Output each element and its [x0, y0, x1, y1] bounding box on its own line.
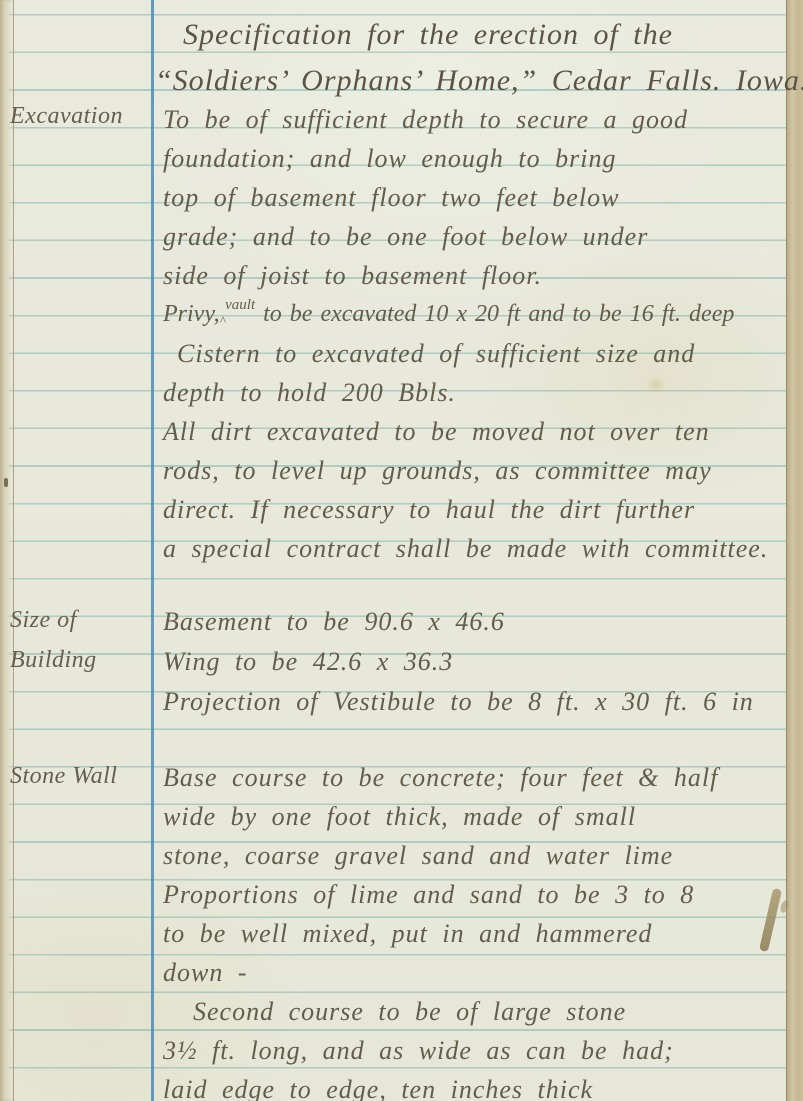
handwritten-line-privy: Privy,^vault to be excavated 10 x 20 ft … [163, 295, 803, 334]
section-size-of-building: Basement to be 90.6 x 46.6 Wing to be 42… [163, 602, 803, 722]
document-title: Specification for the erection of the “S… [155, 12, 803, 104]
handwritten-line: a special contract shall be made with co… [163, 529, 803, 568]
handwritten-line: stone, coarse gravel sand and water lime [163, 836, 803, 875]
section-label-size-of: Size of [10, 600, 152, 640]
section-label-building: Building [10, 640, 152, 680]
paper-speck [4, 478, 8, 487]
handwritten-line: Wing to be 42.6 x 36.3 [163, 642, 803, 682]
handwritten-line: Proportions of lime and sand to be 3 to … [163, 875, 803, 914]
margin-rule-line [151, 0, 154, 1101]
inserted-word: vault [225, 286, 255, 325]
handwritten-line: To be of sufficient depth to secure a go… [163, 100, 803, 139]
section-label-excavation: Excavation [10, 96, 152, 136]
handwritten-line: 3½ ft. long, and as wide as can be had; [163, 1031, 803, 1070]
title-line-2: “Soldiers’ Orphans’ Home,” Cedar Falls. … [155, 58, 803, 104]
handwritten-line: side of joist to basement floor. [163, 256, 803, 295]
handwritten-line: Projection of Vestibule to be 8 ft. x 30… [163, 682, 803, 722]
handwritten-line: Cistern to excavated of sufficient size … [163, 334, 803, 373]
handwritten-line: Base course to be concrete; four feet & … [163, 758, 803, 797]
handwritten-line: down - [163, 953, 803, 992]
manuscript-page: Specification for the erection of the “S… [0, 0, 803, 1101]
handwritten-line: top of basement floor two feet below [163, 178, 803, 217]
title-line-1: Specification for the erection of the [155, 12, 803, 58]
handwritten-line: to be well mixed, put in and hammered [163, 914, 803, 953]
handwritten-line: laid edge to edge, ten inches thick [163, 1070, 803, 1101]
handwritten-line: rods, to level up grounds, as committee … [163, 451, 803, 490]
handwritten-line: grade; and to be one foot below under [163, 217, 803, 256]
handwritten-line: Basement to be 90.6 x 46.6 [163, 602, 803, 642]
handwritten-line: wide by one foot thick, made of small [163, 797, 803, 836]
binding-edge [0, 0, 14, 1101]
handwritten-line: depth to hold 200 Bbls. [163, 373, 803, 412]
privy-word: Privy, [163, 301, 220, 327]
section-stone-wall: Base course to be concrete; four feet & … [163, 758, 803, 1101]
handwritten-line: All dirt excavated to be moved not over … [163, 412, 803, 451]
handwritten-line: Second course to be of large stone [163, 992, 803, 1031]
section-excavation: To be of sufficient depth to secure a go… [163, 100, 803, 568]
handwritten-line: direct. If necessary to haul the dirt fu… [163, 490, 803, 529]
privy-rest: to be excavated 10 x 20 ft and to be 16 … [255, 301, 734, 327]
section-label-stone-wall: Stone Wall [10, 756, 152, 796]
handwritten-line: foundation; and low enough to bring [163, 139, 803, 178]
